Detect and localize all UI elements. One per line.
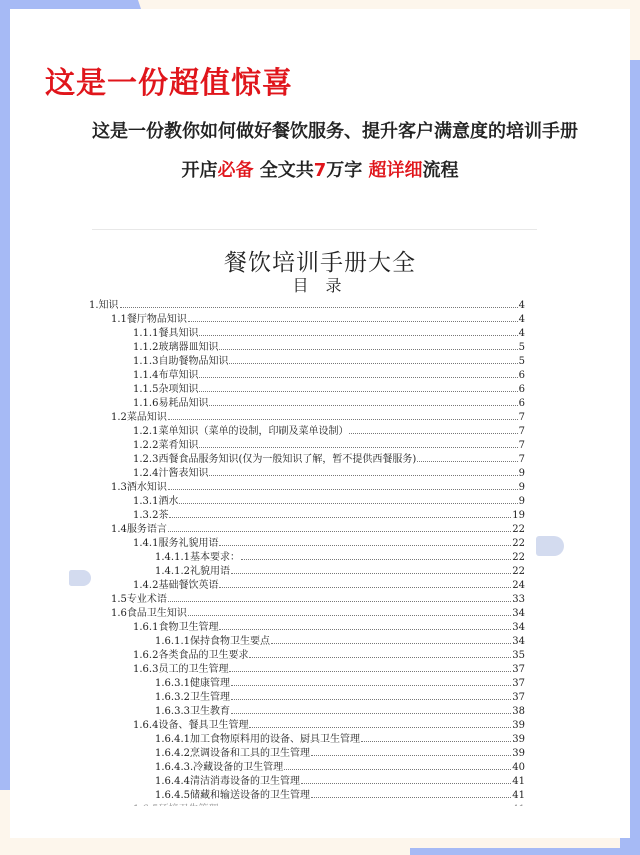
tagline-part: 全文共 (253, 160, 313, 181)
toc-leader-dots (361, 733, 511, 742)
toc-entry-page: 34 (512, 608, 525, 618)
toc-leader-dots (417, 453, 517, 462)
toc-leader-dots (231, 677, 511, 686)
toc-entry-label: 1.6.2各类食品的卫生要求 (133, 646, 248, 660)
toc-entry-page: 6 (519, 398, 525, 408)
toc-entry-label: 1.6.5环境卫生管理 (133, 800, 218, 806)
toc-entry-page: 41 (512, 776, 525, 786)
toc-entry[interactable]: 1.1.2玻璃器皿知识5 (89, 338, 525, 352)
toc-entry-label: 1.6.1.1保持食物卫生要点 (155, 632, 270, 646)
toc-entry-page: 37 (512, 692, 525, 702)
toc-leader-dots (284, 761, 511, 770)
table-of-contents: 1.知识41.1餐厅物品知识41.1.1餐具知识41.1.2玻璃器皿知识51.1… (89, 296, 525, 806)
toc-leader-dots (168, 411, 518, 420)
toc-entry[interactable]: 1.2.1菜单知识（菜单的设制，印刷及菜单设制）7 (89, 422, 525, 436)
tagline: 开店必备 全文共7万字 超详细流程 (0, 156, 640, 182)
toc-entry-label: 1.1.3自助餐物品知识 (133, 352, 228, 366)
toc-entry[interactable]: 1.6.3.3卫生教育38 (89, 702, 525, 716)
toc-entry-label: 1.6.4设备、餐具卫生管理 (133, 716, 248, 730)
toc-entry-page: 34 (512, 636, 525, 646)
toc-leader-dots (301, 775, 511, 784)
toc-leader-dots (219, 803, 511, 806)
toc-entry[interactable]: 1.4.1.2礼貌用语22 (89, 562, 525, 576)
toc-leader-dots (249, 649, 511, 658)
headline: 这是一份超值惊喜 (45, 58, 293, 102)
tagline-part: 开店 (181, 160, 217, 181)
toc-entry-label: 1.6.4.5储藏和输送设备的卫生管理 (155, 786, 310, 800)
toc-entry-page: 5 (519, 342, 525, 352)
toc-entry-page: 22 (512, 566, 525, 576)
toc-entry-label: 1.6.4.3.冷藏设备的卫生管理 (155, 758, 283, 772)
toc-leader-dots (229, 355, 517, 364)
toc-entry[interactable]: 1.4.1服务礼貌用语22 (89, 534, 525, 548)
toc-leader-dots (349, 425, 517, 434)
toc-entry-page: 39 (512, 748, 525, 758)
toc-entry[interactable]: 1.1.5杂项知识6 (89, 380, 525, 394)
toc-entry-page: 4 (519, 314, 525, 324)
toc-leader-dots (168, 523, 511, 532)
toc-entry[interactable]: 1.6.3.1健康管理37 (89, 674, 525, 688)
subline: 这是一份教你如何做好餐饮服务、提升客户满意度的培训手册 (0, 117, 640, 143)
toc-leader-dots (199, 327, 517, 336)
toc-leader-dots (231, 565, 511, 574)
toc-entry-page: 6 (519, 384, 525, 394)
toc-entry[interactable]: 1.6.4.5储藏和输送设备的卫生管理41 (89, 786, 525, 800)
toc-entry-label: 1.6.1食物卫生管理 (133, 618, 218, 632)
toc-entry[interactable]: 1.6.2各类食品的卫生要求35 (89, 646, 525, 660)
toc-entry[interactable]: 1.3.2茶19 (89, 506, 525, 520)
toc-leader-dots (231, 691, 511, 700)
toc-entry[interactable]: 1.6.4.4清洁消毒设备的卫生管理41 (89, 772, 525, 786)
toc-entry-page: 7 (519, 454, 525, 464)
toc-entry-label: 1.2菜品知识 (111, 408, 167, 422)
toc-leader-dots (231, 705, 511, 714)
toc-entry-page: 9 (519, 468, 525, 478)
toc-leader-dots (188, 607, 511, 616)
toc-entry[interactable]: 1.知识4 (89, 296, 525, 310)
toc-entry[interactable]: 1.6.4.1加工食物原料用的设备、厨具卫生管理39 (89, 730, 525, 744)
toc-entry-page: 22 (512, 552, 525, 562)
toc-entry[interactable]: 1.6.3.2卫生管理37 (89, 688, 525, 702)
toc-leader-dots (311, 747, 511, 756)
toc-entry[interactable]: 1.6.4设备、餐具卫生管理39 (89, 716, 525, 730)
toc-entry-page: 7 (519, 412, 525, 422)
toc-entry-page: 35 (512, 650, 525, 660)
toc-entry[interactable]: 1.3酒水知识9 (89, 478, 525, 492)
toc-leader-dots (199, 383, 517, 392)
toc-leader-dots (169, 509, 511, 518)
toc-entry-label: 1.6.3.3卫生教育 (155, 702, 230, 716)
toc-entry-label: 1.2.4汁酱表知识 (133, 464, 208, 478)
toc-leader-dots (168, 593, 511, 602)
toc-leader-dots (219, 537, 511, 546)
toc-entry-label: 1.2.2菜肴知识 (133, 436, 198, 450)
toc-leader-dots (179, 495, 517, 504)
toc-entry[interactable]: 1.1.1餐具知识4 (89, 324, 525, 338)
toc-leader-dots (188, 313, 518, 322)
toc-entry-label: 1.1.5杂项知识 (133, 380, 198, 394)
background-blue-bottom (410, 848, 640, 855)
tagline-highlight: 7 (314, 160, 327, 181)
toc-entry[interactable]: 1.4服务语言22 (89, 520, 525, 534)
tagline-part: 流程 (423, 160, 459, 181)
toc-entry[interactable]: 1.2.2菜肴知识7 (89, 436, 525, 450)
toc-entry[interactable]: 1.6.4.2烹调设备和工具的卫生管理39 (89, 744, 525, 758)
toc-leader-dots (219, 579, 511, 588)
toc-entry[interactable]: 1.6食品卫生知识34 (89, 604, 525, 618)
toc-entry-page: 37 (512, 678, 525, 688)
toc-entry-page: 7 (519, 426, 525, 436)
divider (92, 229, 537, 230)
toc-entry-page: 39 (512, 734, 525, 744)
toc-entry-label: 1.1餐厅物品知识 (111, 310, 187, 324)
toc-entry[interactable]: 1.1餐厅物品知识4 (89, 310, 525, 324)
toc-entry[interactable]: 1.2.3西餐食品服务知识(仅为一般知识了解，暂不提供西餐服务)7 (89, 450, 525, 464)
toc-entry-page: 38 (512, 706, 525, 716)
toc-entry[interactable]: 1.6.4.3.冷藏设备的卫生管理40 (89, 758, 525, 772)
toc-leader-dots (241, 551, 511, 560)
toc-entry-label: 1.知识 (89, 296, 119, 310)
toc-entry-page: 22 (512, 524, 525, 534)
toc-entry[interactable]: 1.2.4汁酱表知识9 (89, 464, 525, 478)
toc-entry-label: 1.3.2茶 (133, 506, 168, 520)
toc-entry-label: 1.1.2玻璃器皿知识 (133, 338, 218, 352)
toc-entry-label: 1.6.4.2烹调设备和工具的卫生管理 (155, 744, 310, 758)
toc-entry-label: 1.5专业术语 (111, 590, 167, 604)
toc-entry-label: 1.4.1服务礼貌用语 (133, 534, 218, 548)
toc-entry-page: 24 (512, 580, 525, 590)
toc-entry[interactable]: 1.1.6易耗品知识6 (89, 394, 525, 408)
tagline-part: 万字 (326, 160, 368, 181)
toc-entry-page: 6 (519, 370, 525, 380)
toc-leader-dots (271, 635, 511, 644)
toc-entry[interactable]: 1.6.3员工的卫生管理37 (89, 660, 525, 674)
toc-title: 目 录 (0, 273, 640, 296)
decorative-blob-right (536, 536, 564, 556)
toc-entry-label: 1.6.4.1加工食物原料用的设备、厨具卫生管理 (155, 730, 360, 744)
toc-leader-dots (209, 467, 517, 476)
toc-entry[interactable]: 1.4.2基础餐饮英语24 (89, 576, 525, 590)
toc-entry[interactable]: 1.6.1食物卫生管理34 (89, 618, 525, 632)
toc-entry-page: 33 (512, 594, 525, 604)
toc-entry-label: 1.6.4.4清洁消毒设备的卫生管理 (155, 772, 300, 786)
toc-entry-page: 19 (512, 510, 525, 520)
toc-leader-dots (199, 369, 517, 378)
toc-entry-cut-off: 1.6.5环境卫生管理41 (89, 800, 525, 806)
toc-entry-label: 1.1.4布草知识 (133, 366, 198, 380)
toc-entry-page: 40 (512, 762, 525, 772)
toc-entry-label: 1.3.1酒水 (133, 492, 178, 506)
toc-leader-dots (229, 663, 511, 672)
tagline-highlight: 超详细 (369, 160, 423, 181)
toc-entry-page: 4 (519, 300, 525, 310)
toc-entry-label: 1.2.3西餐食品服务知识(仅为一般知识了解，暂不提供西餐服务) (133, 450, 416, 464)
toc-leader-dots (311, 789, 511, 798)
tagline-highlight: 必备 (217, 160, 253, 181)
toc-entry-page: 9 (519, 496, 525, 506)
toc-entry-page: 9 (519, 482, 525, 492)
toc-entry-label: 1.2.1菜单知识（菜单的设制，印刷及菜单设制） (133, 422, 348, 436)
toc-entry-label: 1.6食品卫生知识 (111, 604, 187, 618)
toc-entry-page: 34 (512, 622, 525, 632)
toc-entry-label: 1.4服务语言 (111, 520, 167, 534)
toc-entry[interactable]: 1.5专业术语33 (89, 590, 525, 604)
toc-entry-page: 4 (519, 328, 525, 338)
toc-leader-dots (219, 621, 511, 630)
toc-entry-label: 1.4.1.2礼貌用语 (155, 562, 230, 576)
toc-entry[interactable]: 1.1.3自助餐物品知识5 (89, 352, 525, 366)
toc-entry-page: 41 (512, 804, 525, 806)
toc-entry[interactable]: 1.4.1.1基本要求：22 (89, 548, 525, 562)
toc-entry[interactable]: 1.2菜品知识7 (89, 408, 525, 422)
toc-entry-page: 39 (512, 720, 525, 730)
toc-entry-label: 1.6.3员工的卫生管理 (133, 660, 228, 674)
toc-entry-label: 1.6.3.1健康管理 (155, 674, 230, 688)
toc-leader-dots (120, 299, 518, 308)
toc-entry-page: 37 (512, 664, 525, 674)
toc-entry[interactable]: 1.1.4布草知识6 (89, 366, 525, 380)
toc-entry-page: 41 (512, 790, 525, 800)
toc-entry-label: 1.4.2基础餐饮英语 (133, 576, 218, 590)
toc-leader-dots (219, 341, 517, 350)
toc-leader-dots (209, 397, 517, 406)
toc-entry-page: 7 (519, 440, 525, 450)
toc-entry-page: 5 (519, 356, 525, 366)
toc-entry-label: 1.6.3.2卫生管理 (155, 688, 230, 702)
toc-entry[interactable]: 1.6.1.1保持食物卫生要点34 (89, 632, 525, 646)
toc-entry-label: 1.1.1餐具知识 (133, 324, 198, 338)
decorative-blob-left (69, 570, 91, 586)
toc-leader-dots (168, 481, 518, 490)
toc-leader-dots (249, 719, 511, 728)
toc-leader-dots (199, 439, 517, 448)
toc-entry[interactable]: 1.3.1酒水9 (89, 492, 525, 506)
toc-entry-label: 1.4.1.1基本要求： (155, 548, 240, 562)
toc-entry-label: 1.1.6易耗品知识 (133, 394, 208, 408)
toc-entry-label: 1.3酒水知识 (111, 478, 167, 492)
toc-entry-page: 22 (512, 538, 525, 548)
